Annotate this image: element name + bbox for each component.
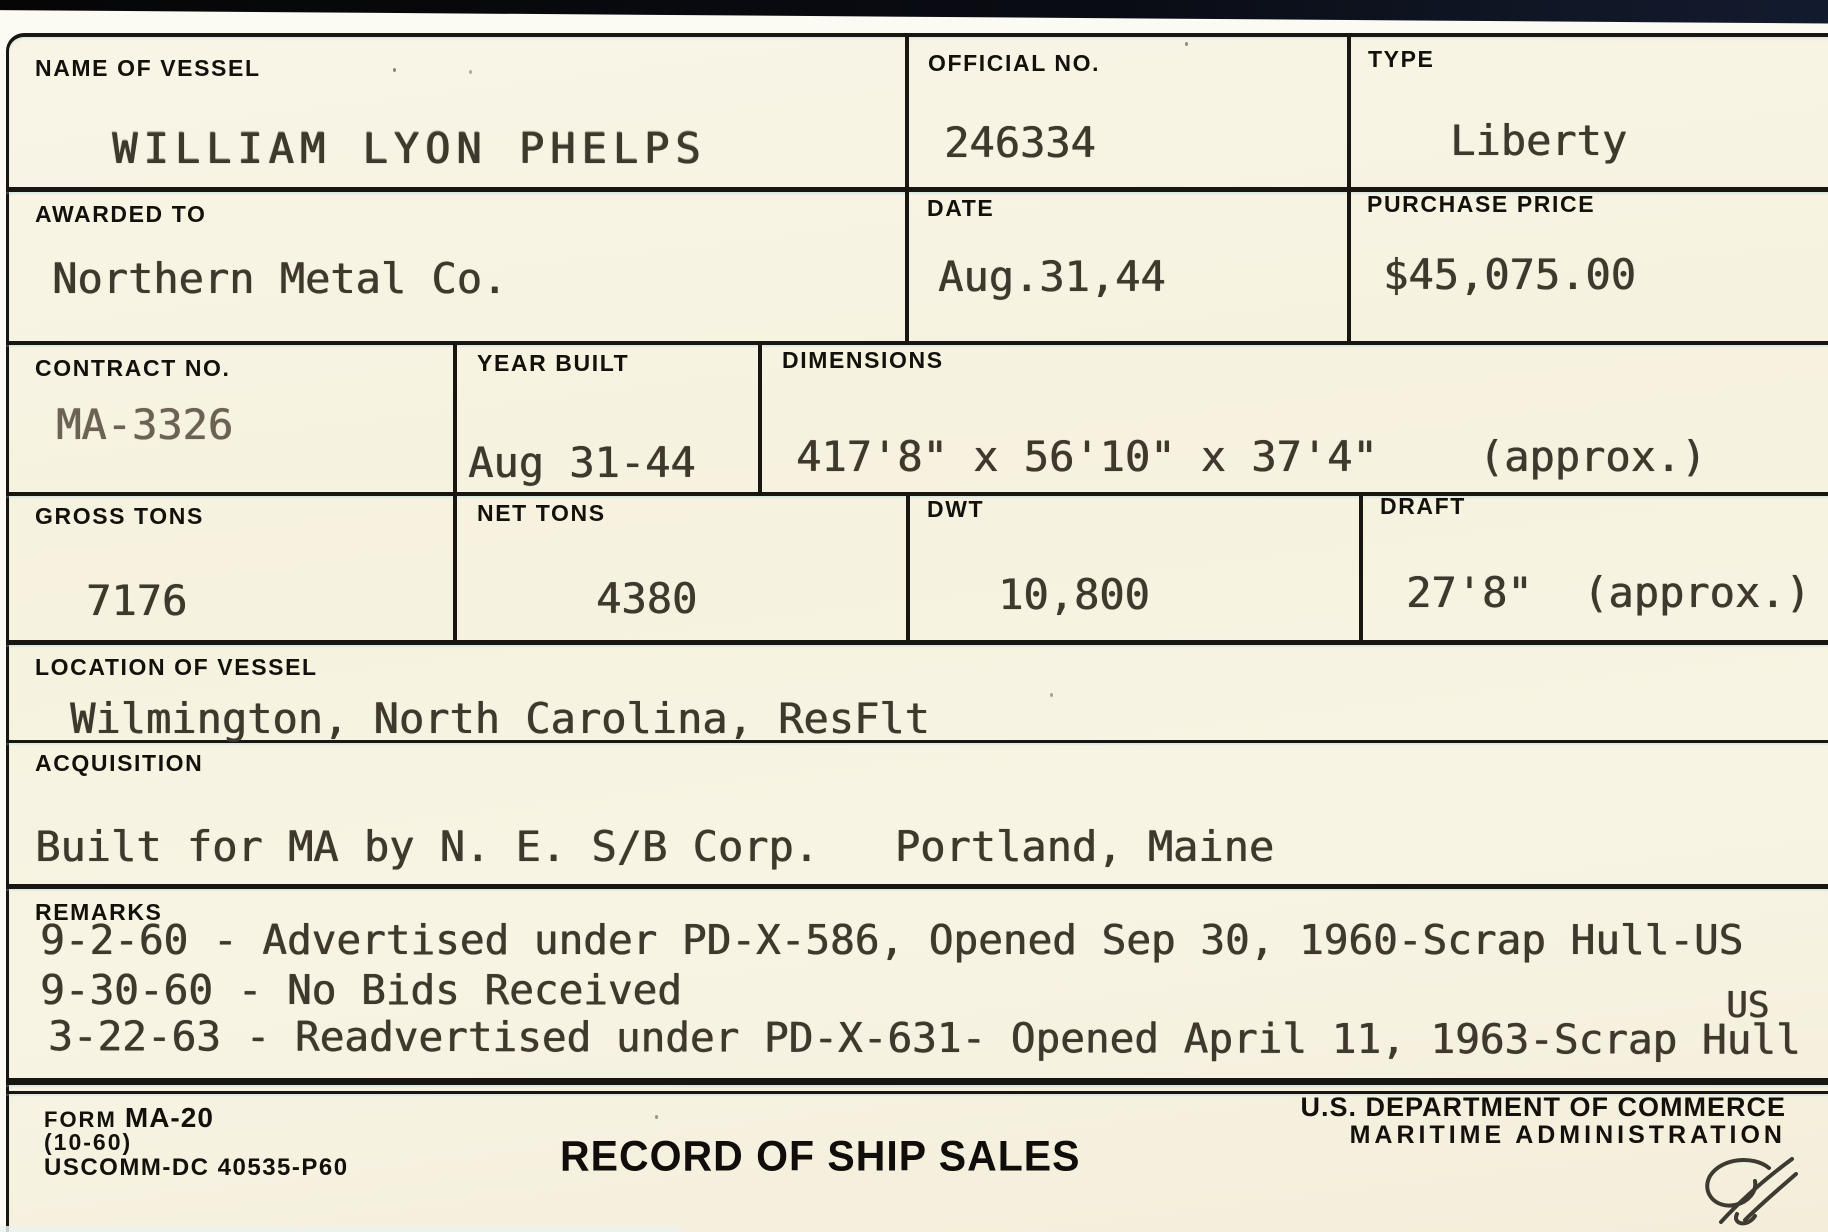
divider-row4-c <box>1359 492 1363 644</box>
form-number-line: FORM MA-20 <box>44 1104 214 1132</box>
name-of-vessel-value: WILLIAM LYON PHELPS <box>112 128 706 170</box>
year-built-label: YEAR BUILT <box>477 352 629 375</box>
dust-specks <box>393 68 396 72</box>
contract-no-label: CONTRACT NO. <box>35 357 231 380</box>
gross-tons-value: 7176 <box>86 580 187 622</box>
net-tons-label: NET TONS <box>477 502 606 525</box>
purchase-price-label: PURCHASE PRICE <box>1367 193 1595 216</box>
rule-acquisition <box>6 884 1828 889</box>
date-value: Aug.31,44 <box>938 256 1166 298</box>
form-print-code: USCOMM-DC 40535-P60 <box>44 1156 349 1180</box>
location-of-vessel-label: LOCATION OF VESSEL <box>35 656 318 679</box>
draft-label: DRAFT <box>1380 495 1466 518</box>
rule-row2 <box>6 341 1828 345</box>
rule-row3 <box>6 492 1828 496</box>
agency-division: MARITIME ADMINISTRATION <box>1350 1123 1786 1148</box>
form-number: MA-20 <box>125 1102 214 1133</box>
remarks-line-3-superscript: US <box>1726 988 1769 1024</box>
purchase-price-value: $45,075.00 <box>1383 254 1636 296</box>
divider-row3-b <box>758 341 762 496</box>
awarded-to-label: AWARDED TO <box>35 203 206 226</box>
official-no-value: 246334 <box>944 122 1096 164</box>
rule-remarks-thick <box>6 1078 1828 1085</box>
scanner-edge-band <box>0 0 1828 24</box>
dimensions-label: DIMENSIONS <box>782 349 944 372</box>
dwt-label: DWT <box>927 498 984 521</box>
dimensions-value: 417'8" x 56'10" x 37'4" (approx.) <box>796 436 1706 478</box>
year-built-value: Aug 31-44 <box>468 442 696 484</box>
dwt-value: 10,800 <box>998 574 1150 616</box>
draft-value: 27'8" (approx.) <box>1406 572 1811 614</box>
agency-name: U.S. DEPARTMENT OF COMMERCE <box>1301 1094 1787 1121</box>
acquisition-label: ACQUISITION <box>35 752 203 775</box>
contract-no-value: MA-3326 <box>56 404 233 446</box>
form-revision: (10-60) <box>44 1131 132 1154</box>
scanned-record-card: NAME OF VESSEL WILLIAM LYON PHELPS OFFIC… <box>0 0 1828 1232</box>
type-label: TYPE <box>1368 48 1434 71</box>
document-title: RECORD OF SHIP SALES <box>560 1135 1080 1178</box>
handwritten-initials-icon <box>1693 1152 1805 1230</box>
divider-row4-b <box>906 492 910 644</box>
divider-row12-a <box>905 37 909 341</box>
remarks-line-3: 3-22-63 - Readvertised under PD-X-631- O… <box>48 1016 1801 1061</box>
remarks-line-1: 9-2-60 - Advertised under PD-X-586, Open… <box>40 920 1743 961</box>
date-label: DATE <box>927 197 994 220</box>
net-tons-value: 4380 <box>596 578 697 620</box>
rule-row4 <box>6 640 1828 645</box>
awarded-to-value: Northern Metal Co. <box>52 258 507 300</box>
gross-tons-label: GROSS TONS <box>35 505 204 528</box>
name-of-vessel-label: NAME OF VESSEL <box>35 57 261 80</box>
remarks-line-2: 9-30-60 - No Bids Received <box>40 970 682 1011</box>
divider-row12-b <box>1347 37 1351 341</box>
acquisition-value: Built for MA by N. E. S/B Corp. Portland… <box>35 826 1274 868</box>
divider-row34-a <box>453 341 457 644</box>
location-of-vessel-value: Wilmington, North Carolina, ResFlt <box>70 698 930 740</box>
official-no-label: OFFICIAL NO. <box>928 52 1100 75</box>
scan-bottom-edge <box>0 1226 680 1232</box>
type-value: Liberty <box>1450 120 1627 162</box>
